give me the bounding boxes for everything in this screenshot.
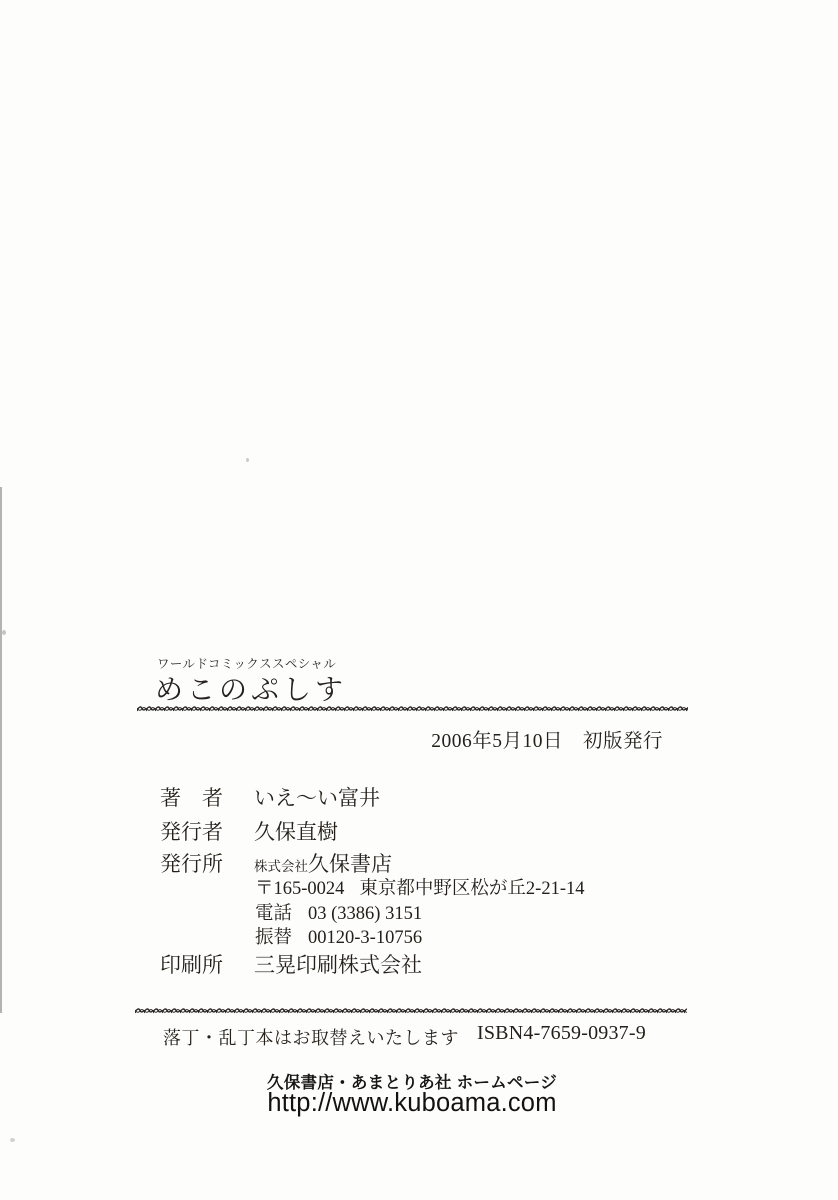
phone-number: 03 (3386) 3151 [308, 904, 422, 924]
author-name: いえ〜い富井 [254, 782, 380, 812]
postal-code: 〒165-0024 [255, 879, 344, 899]
phone-label: 電話 [255, 904, 292, 924]
edition-date: 2006年5月10日 初版発行 [140, 725, 663, 753]
scan-speck [10, 1138, 15, 1142]
phone-line: 電話03 (3386) 3151 [255, 899, 422, 925]
street-address: 東京都中野区松が丘2-21-14 [359, 879, 584, 899]
giro-number: 00120-3-10756 [308, 928, 422, 948]
rope-divider-top [137, 705, 688, 713]
address-line: 〒165-0024東京都中野区松が丘2-21-14 [255, 874, 585, 900]
scan-artifact-edge-line [0, 487, 2, 1013]
colophon-page: ワールドコミックススペシャル めこのぷしす 2006年5月10日 初版発行 著 … [0, 0, 838, 1200]
publisher-label: 発行者 [160, 816, 223, 846]
printer-label: 印刷所 [160, 949, 223, 979]
rope-divider-bottom [135, 1007, 687, 1015]
isbn-number: ISBN4-7659-0937-9 [477, 1022, 646, 1045]
book-title: めこのぷしす [155, 668, 347, 708]
author-label: 著 者 [160, 782, 223, 812]
giro-line: 振替00120-3-10756 [255, 923, 422, 949]
publishing-house-label: 発行所 [160, 848, 223, 878]
scan-speck [246, 458, 249, 462]
scan-speck [2, 630, 6, 635]
printer-row: 印刷所 三晃印刷株式会社 [160, 949, 422, 979]
printer-name: 三晃印刷株式会社 [254, 949, 422, 979]
replacement-notice: 落丁・乱丁本はお取替えいたします [163, 1024, 459, 1050]
homepage-url: http://www.kuboama.com [137, 1089, 687, 1118]
publisher-row: 発行者 久保直樹 [160, 816, 338, 846]
publisher-name: 久保直樹 [254, 816, 338, 846]
corporation-prefix: 株式会社 [254, 859, 308, 874]
giro-label: 振替 [255, 928, 292, 948]
author-row: 著 者 いえ〜い富井 [160, 782, 380, 812]
publishing-house-text: 久保書店 [308, 852, 392, 876]
